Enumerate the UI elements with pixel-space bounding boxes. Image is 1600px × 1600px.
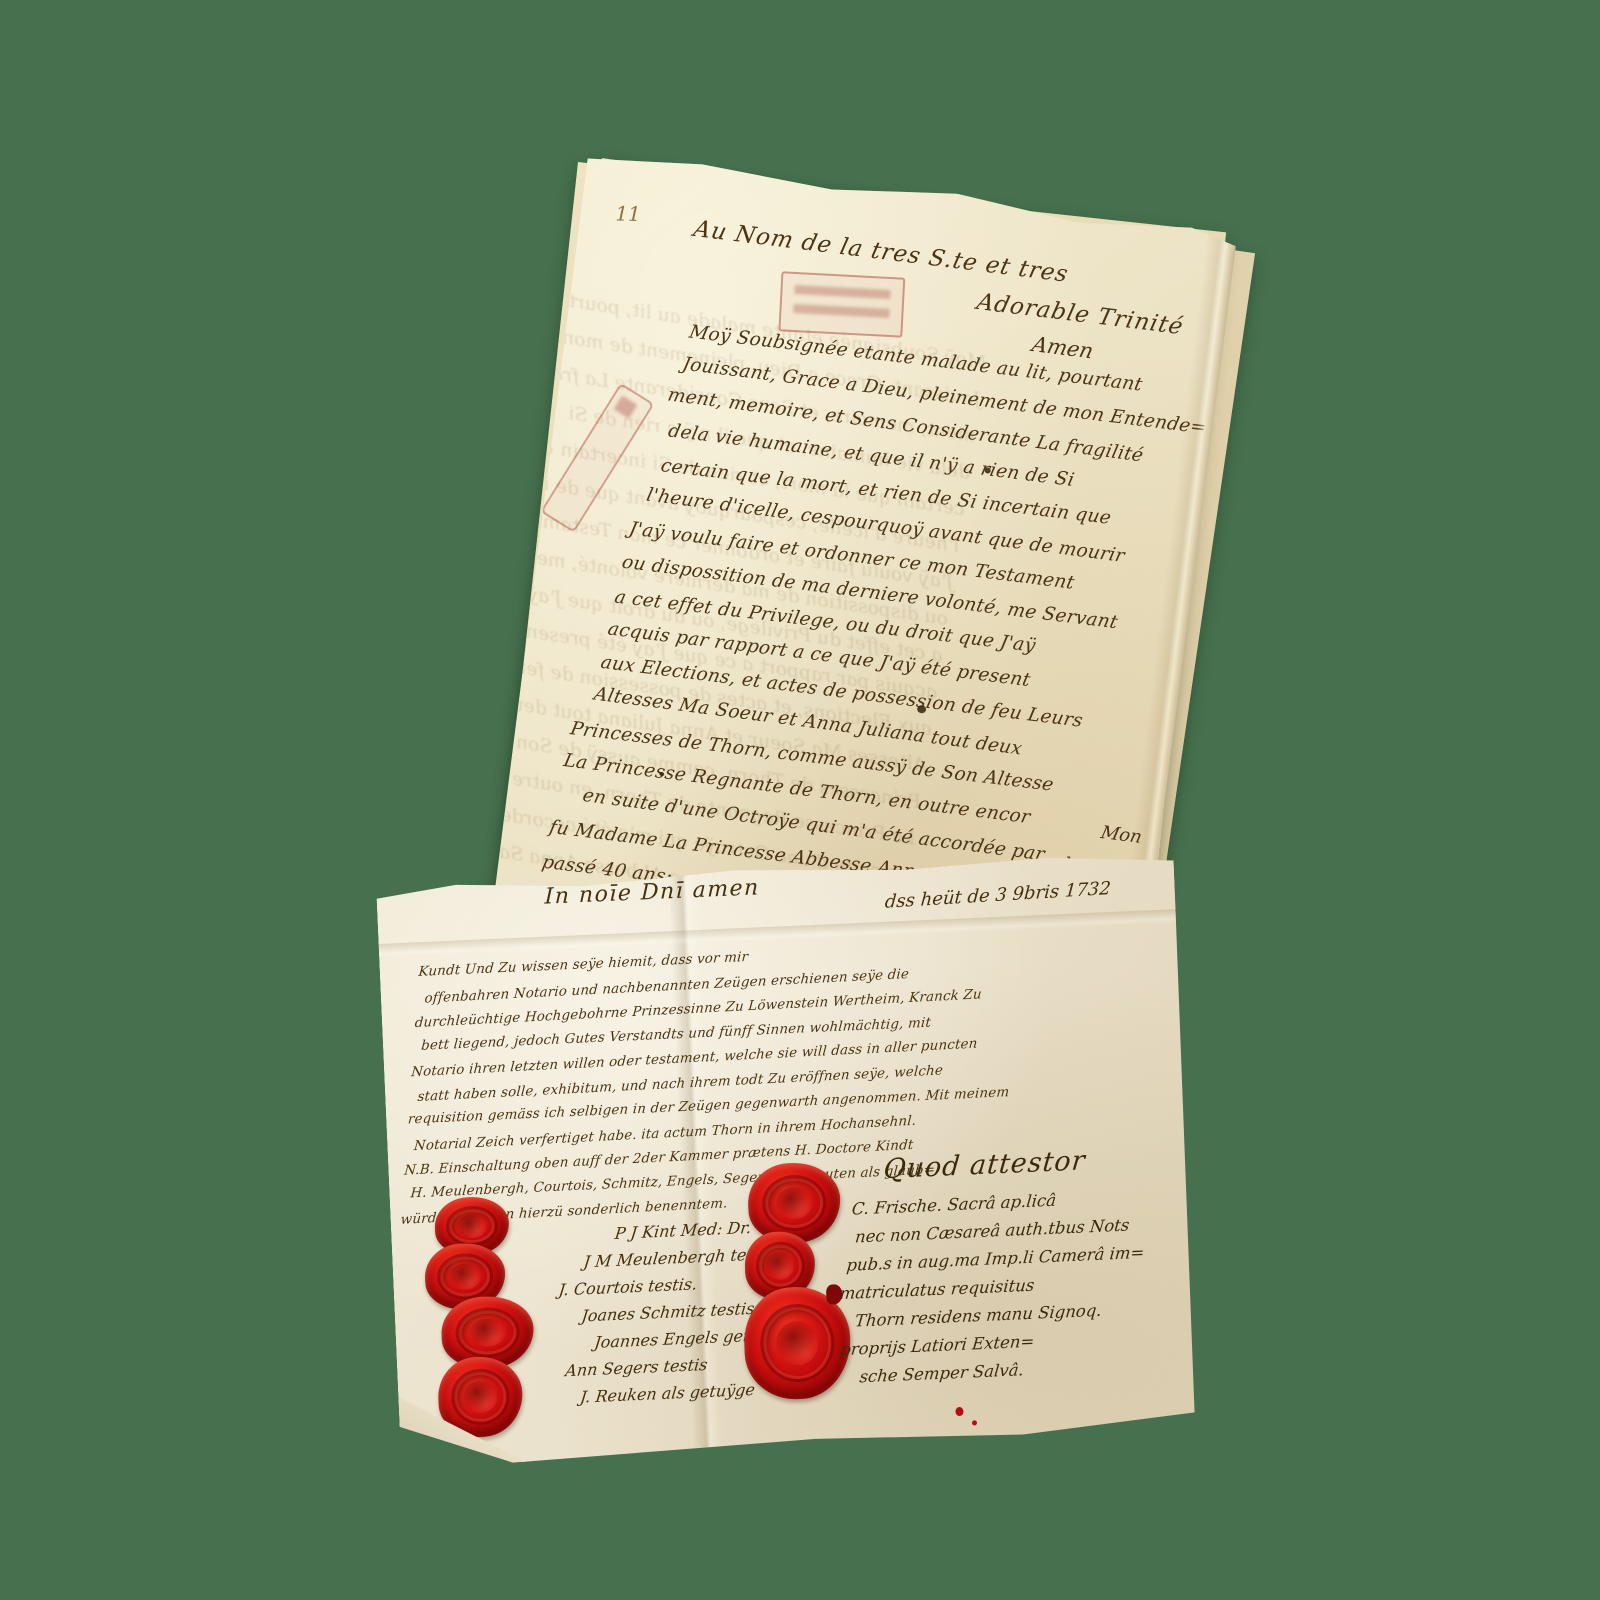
wax-seal-column-right [737, 1161, 853, 1401]
photograph-of-manuscripts: Moÿ Soubsignée etante malade au lit, pou… [0, 0, 1600, 1600]
wax-droplet-icon [972, 1420, 977, 1425]
wax-droplet-icon [955, 1407, 963, 1416]
wax-seal-icon [747, 1161, 842, 1245]
notarial-act-sheet: In noīe Dnī amen dss heüt de 3 9bris 173… [376, 851, 1199, 1467]
testament-heading-line2: Adorable Trinité [974, 289, 1186, 340]
act-heading-date: dss heüt de 3 9bris 1732 [884, 878, 1111, 913]
archive-stamp-icon [778, 271, 905, 337]
notary-attestation: Quod attestor C. Frische. Sacrâ ap.licân… [834, 1141, 1193, 1397]
page-number: 11 [615, 202, 641, 226]
testament-amen: Amen [1030, 332, 1096, 363]
wax-seal-column-left [420, 1195, 538, 1439]
attestation-lines: C. Frische. Sacrâ ap.licânec non Cæsareâ… [834, 1185, 1189, 1397]
